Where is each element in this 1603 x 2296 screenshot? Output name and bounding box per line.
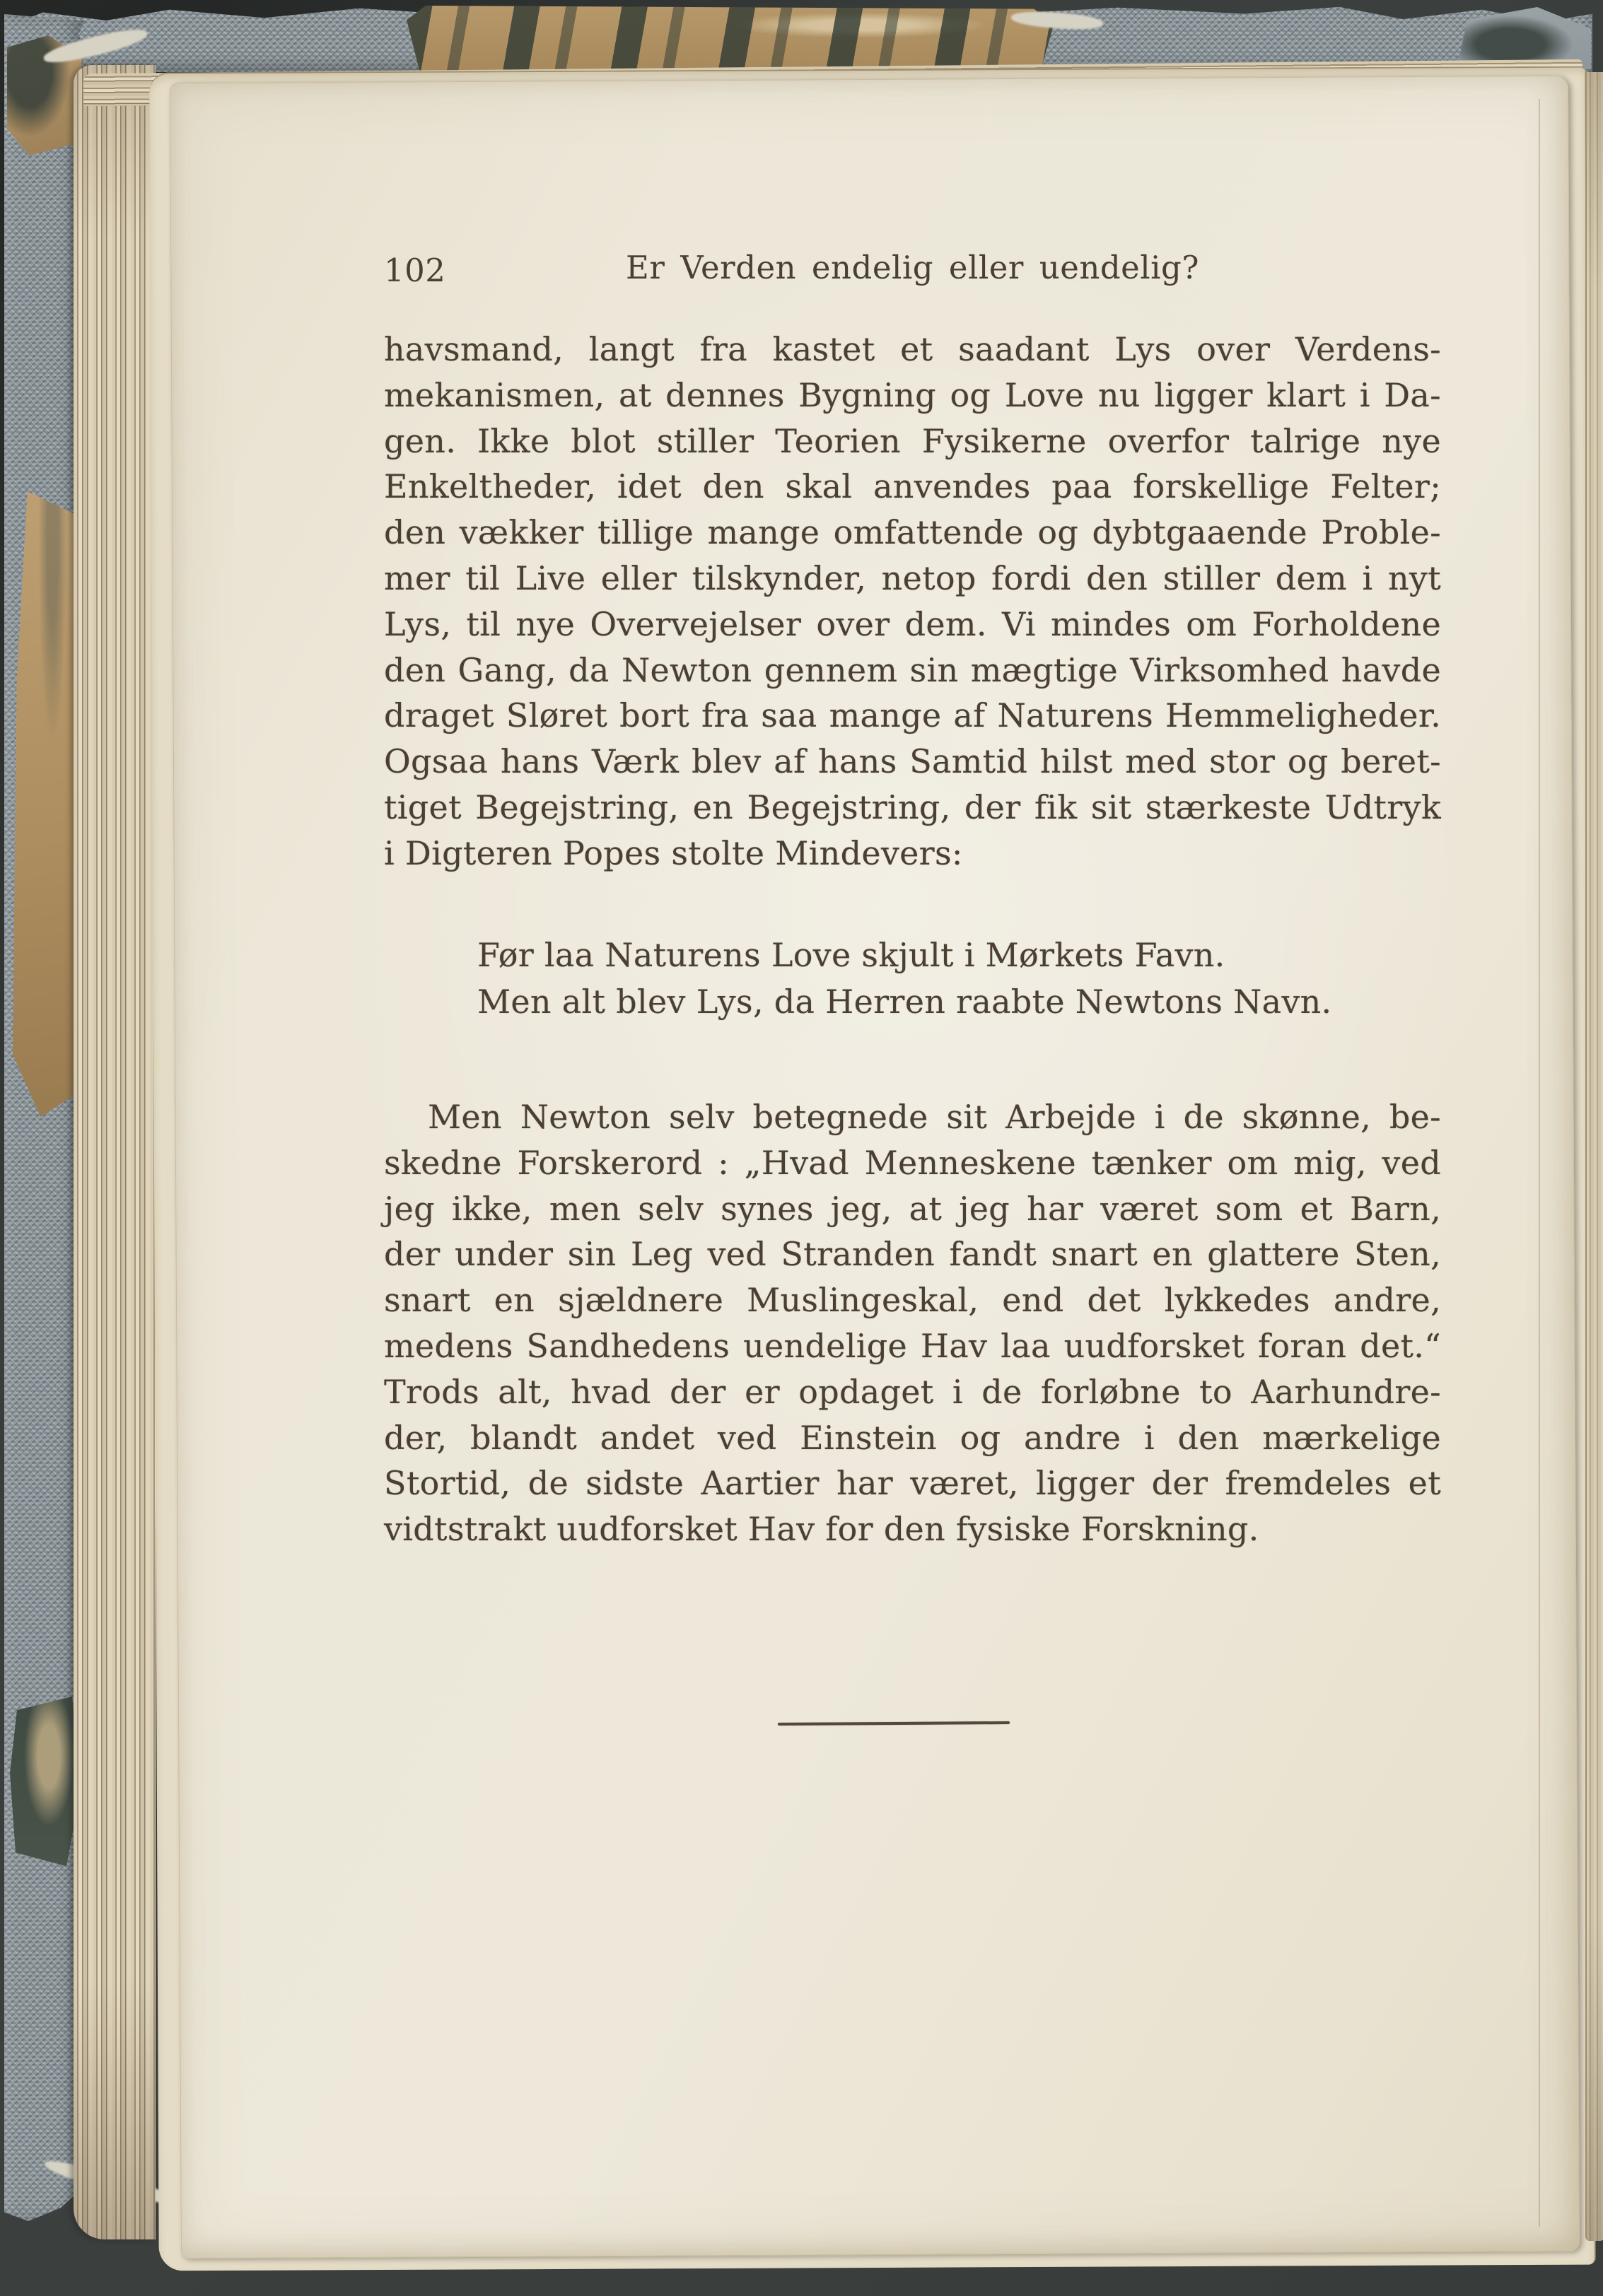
body-text-line: Stortid, de sidste Aartier har været, li… [384,1460,1441,1506]
body-text-line: den Gang, da Newton gennem sin mægtige V… [384,648,1441,693]
verse-line: Men alt blev Lys, da Herren raabte Newto… [477,978,1534,1025]
printed-page-content: 102 Er Verden endelig eller uendelig? ha… [0,0,1603,2296]
body-text-line: vidtstrakt uudforsket Hav for den fysisk… [384,1506,1441,1552]
body-text-line: der under sin Leg ved Stranden fandt sna… [384,1231,1441,1277]
body-text-line: mekanismen, at dennes Bygning og Love nu… [384,373,1441,418]
body-text-line: i Digteren Popes stolte Mindevers: [384,831,1441,877]
body-text-line: snart en sjældnere Muslingeskal, end det… [384,1277,1441,1323]
body-text-line: Enkeltheder, idet den skal anvendes paa … [384,464,1441,510]
body-text-line: jeg ikke, men selv synes jeg, at jeg har… [384,1186,1441,1232]
body-text-line: tiget Begejstring, en Begejstring, der f… [384,785,1441,831]
book-photo-backdrop: 102 Er Verden endelig eller uendelig? ha… [0,0,1603,2296]
paragraph-second: Men Newton selv betegnede sit Arbejde i … [384,1094,1441,1552]
body-text-line: Ogsaa hans Værk blev af hans Samtid hils… [384,739,1441,785]
body-text-line: skedne Forskerord : „Hvad Menneskene tæn… [384,1140,1441,1186]
section-divider-rule [778,1721,1010,1726]
body-text-line: havsmand, langt fra kastet et saadant Ly… [384,327,1441,373]
page-header-row: 102 Er Verden endelig eller uendelig? [384,249,1441,291]
running-header: Er Verden endelig eller uendelig? [626,249,1199,286]
body-text-line: draget Sløret bort fra saa mange af Natu… [384,693,1441,739]
body-text-line: Trods alt, hvad der er opdaget i de forl… [384,1369,1441,1415]
body-text-line: Men Newton selv betegnede sit Arbejde i … [384,1094,1441,1140]
body-text-line: medens Sandhedens uendelige Hav laa uudf… [384,1323,1441,1369]
verse-line: Før laa Naturens Love skjult i Mørkets F… [477,932,1534,978]
body-text-line: den vækker tillige mange omfattende og d… [384,510,1441,556]
body-text-line: gen. Ikke blot stiller Teorien Fysikerne… [384,418,1441,464]
body-text-line: Lys, til nye Overvejelser over dem. Vi m… [384,602,1441,648]
page-number: 102 [384,252,445,289]
verse-block: Før laa Naturens Love skjult i Mørkets F… [384,932,1534,1025]
body-text-line: mer til Live eller tilskynder, netop for… [384,556,1441,602]
paragraph-first: havsmand, langt fra kastet et saadant Ly… [384,327,1441,877]
body-text-line: der, blandt andet ved Einstein og andre … [384,1415,1441,1461]
